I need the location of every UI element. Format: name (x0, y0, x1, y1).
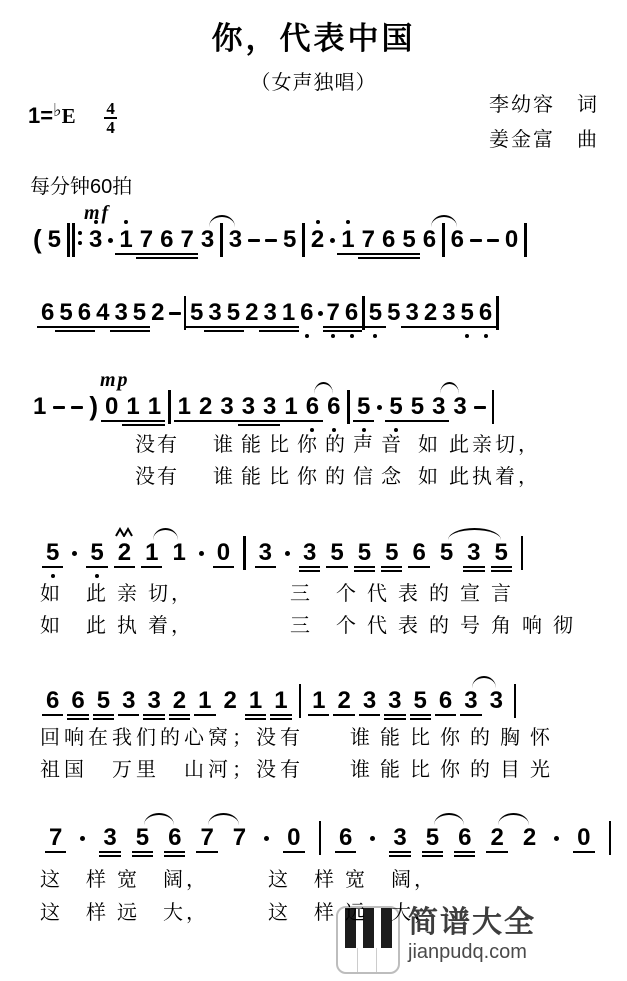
notation-line: 73567706356220 (48, 826, 611, 850)
slur-arc (144, 813, 174, 825)
duration-underline (491, 570, 512, 572)
lyrics-segment: 如 此执着， (418, 460, 541, 489)
duration-underline (42, 566, 63, 568)
duration-underline (99, 851, 120, 853)
duration-underline (132, 855, 153, 857)
duration-underline (385, 420, 406, 422)
note: 1 (311, 689, 326, 713)
duration-underline (410, 714, 431, 716)
duration-underline (129, 330, 150, 332)
duration-underline (93, 714, 114, 716)
note: 5 (386, 301, 401, 325)
duration-underline (259, 424, 280, 426)
duration-underline (213, 566, 234, 568)
lyrics-segment: 三 个 代 表 的 号 角 响 彻 (290, 609, 576, 638)
held-note-dash (487, 239, 499, 242)
duration-underline (384, 714, 405, 716)
duration-underline (278, 326, 299, 328)
duration-underline (283, 851, 304, 853)
duration-underline (422, 855, 443, 857)
slur-arc (448, 528, 501, 540)
time-numerator: 4 (106, 101, 115, 116)
barline (347, 390, 350, 424)
note: 2 (172, 689, 187, 713)
sheet-music-page: 你，代表中国 （女声独唱） 李幼容 词 姜金富 曲 1=♭E 4 4 每分钟60… (0, 0, 627, 981)
octave-dot-low (484, 334, 488, 338)
duration-underline (129, 326, 150, 328)
note: 3 (441, 301, 456, 325)
note: 5 (410, 395, 425, 419)
note: 5 (413, 689, 428, 713)
note: 5 (357, 541, 372, 565)
duration-underline (435, 714, 456, 716)
held-note-dash (470, 239, 482, 242)
note: 6 (305, 395, 320, 419)
duration-underline (299, 570, 320, 572)
duration-underline (341, 326, 362, 328)
note: 3 (431, 395, 446, 419)
note: 3 (466, 541, 481, 565)
augmentation-dot (554, 836, 559, 841)
note: 6 (478, 301, 493, 325)
duration-underline (169, 714, 190, 716)
duration-underline (156, 253, 177, 255)
note: 1 (273, 689, 288, 713)
note: 6 (299, 301, 314, 325)
held-note-dash (474, 406, 486, 409)
note: 2 (117, 541, 132, 565)
note: 6 (411, 541, 426, 565)
dynamic-mark: mp (100, 369, 130, 392)
slur-arc (208, 813, 239, 825)
lyrics-segment: 如 此亲切， (418, 428, 541, 457)
duration-underline (299, 566, 320, 568)
augmentation-dot (72, 551, 77, 556)
duration-underline (354, 566, 375, 568)
duration-underline (408, 566, 429, 568)
note: 3 (302, 541, 317, 565)
slur-arc (314, 382, 333, 394)
duration-underline (384, 718, 405, 720)
note: 6 (159, 228, 174, 252)
note: 1 (197, 689, 212, 713)
duration-underline (378, 253, 399, 255)
barline (168, 390, 171, 424)
duration-underline (45, 851, 66, 853)
augmentation-dot (370, 836, 375, 841)
dynamic-mark: mf (84, 202, 110, 225)
lyrics-segment: 谁能比你的目光 (350, 753, 560, 782)
lyrics-segment: 如 此 亲 切， (40, 577, 194, 606)
augmentation-dot (264, 836, 269, 841)
duration-underline (389, 851, 410, 853)
notation-line: 1)0111233316655533mp (32, 395, 494, 419)
duration-underline (101, 420, 122, 422)
duration-underline (422, 851, 443, 853)
note: 6 (450, 228, 465, 252)
duration-underline (143, 718, 164, 720)
duration-underline (410, 718, 431, 720)
duration-underline (99, 855, 120, 857)
duration-underline (389, 855, 410, 857)
note: 6 (344, 301, 359, 325)
augmentation-dot (285, 551, 290, 556)
duration-underline (136, 257, 157, 259)
note: 7 (199, 826, 214, 850)
note: 3 (262, 395, 277, 419)
duration-underline (358, 257, 379, 259)
note: 5 (368, 301, 383, 325)
note: 2 (423, 301, 438, 325)
duration-underline (42, 714, 63, 716)
barline (524, 223, 527, 257)
duration-underline (407, 420, 428, 422)
slur-arc (472, 676, 496, 688)
tempo-marking: 每分钟60拍 (30, 170, 132, 199)
slur-arc (153, 528, 178, 540)
note: 5 (282, 228, 297, 252)
note: 2 (244, 301, 259, 325)
note: 1 (32, 395, 47, 419)
note: 5 (494, 541, 509, 565)
duration-underline (460, 714, 481, 716)
parenthesis: ) (89, 394, 98, 418)
note: 2 (150, 301, 165, 325)
barline (362, 296, 365, 330)
barline (442, 223, 445, 257)
note: 1 (283, 395, 298, 419)
note: 2 (336, 689, 351, 713)
held-note-dash (265, 239, 277, 242)
note: 0 (104, 395, 119, 419)
duration-underline (216, 420, 237, 422)
held-note-dash (169, 312, 181, 315)
note: 4 (95, 301, 110, 325)
note: 3 (200, 228, 215, 252)
note: 5 (388, 395, 403, 419)
note: 6 (40, 301, 55, 325)
barline (496, 296, 499, 330)
duration-underline (491, 566, 512, 568)
augmentation-dot (330, 238, 335, 243)
octave-dot-high (124, 220, 128, 224)
mordent-icon (115, 527, 133, 537)
duration-underline (164, 851, 185, 853)
note: 2 (310, 228, 325, 252)
note: 5 (356, 395, 371, 419)
duration-underline (359, 714, 380, 716)
note: 2 (489, 826, 504, 850)
barline (302, 223, 305, 257)
note: 7 (139, 228, 154, 252)
duration-underline (223, 330, 244, 332)
composer-credit: 姜金富 曲 (489, 123, 599, 152)
duration-underline (136, 253, 157, 255)
barline (514, 684, 517, 718)
octave-dot-low (465, 334, 469, 338)
lyrics-segment: 三 个 代 表 的 宣 言 (290, 577, 514, 606)
duration-underline (194, 714, 215, 716)
lyrics-segment: 这 样 远 大， (268, 896, 437, 925)
held-note-dash (71, 406, 83, 409)
lyrics-segment: 谁能比你的胸怀 (350, 721, 560, 750)
note: 1 (144, 541, 159, 565)
duration-underline (333, 714, 354, 716)
barline (492, 390, 495, 424)
barline (299, 684, 302, 718)
note: 1 (177, 395, 192, 419)
note: 7 (232, 826, 247, 850)
note: 0 (504, 228, 519, 252)
notation-line: (53176733521765660mf (33, 228, 527, 252)
note: 7 (326, 301, 341, 325)
duration-underline (144, 424, 165, 426)
note: 0 (576, 826, 591, 850)
barline (319, 821, 322, 855)
note: 3 (489, 689, 504, 713)
repeat-sign (67, 228, 83, 252)
duration-underline (74, 330, 95, 332)
duration-underline (454, 851, 475, 853)
note: 1 (171, 541, 186, 565)
lyrics-segment: 这 样 宽 阔， (268, 863, 437, 892)
note: 3 (219, 395, 234, 419)
note: 5 (384, 541, 399, 565)
note: 1 (248, 689, 263, 713)
site-domain: jianpudq.com (408, 941, 536, 964)
duration-underline (245, 718, 266, 720)
note: 6 (422, 228, 437, 252)
duration-underline (255, 566, 276, 568)
note: 6 (70, 689, 85, 713)
duration-underline (341, 330, 362, 332)
duration-underline (259, 420, 280, 422)
note: 3 (452, 395, 467, 419)
note: 5 (189, 301, 204, 325)
note: 1 (147, 395, 162, 419)
notation-line: 65643525352316765532356 (40, 301, 499, 325)
lyrics-segment: 没有 (135, 428, 179, 457)
flat-icon: ♭ (53, 100, 62, 121)
augmentation-dot (80, 836, 85, 841)
duration-underline (335, 851, 356, 853)
duration-underline (302, 420, 323, 422)
duration-underline (143, 714, 164, 716)
duration-underline (381, 570, 402, 572)
note: 6 (438, 689, 453, 713)
duration-underline (238, 420, 259, 422)
note: 5 (226, 301, 241, 325)
duration-underline (573, 851, 594, 853)
note: 2 (522, 826, 537, 850)
note: 2 (198, 395, 213, 419)
duration-underline (337, 253, 358, 255)
lyricist-credit: 李幼容 词 (489, 88, 599, 117)
note: 6 (457, 826, 472, 850)
duration-underline (176, 257, 197, 259)
slur-arc (434, 813, 464, 825)
note: 7 (361, 228, 376, 252)
note: 5 (329, 541, 344, 565)
lyrics-segment: 谁能比你的声音 (213, 428, 409, 457)
time-signature: 4 4 (104, 101, 117, 135)
note: 6 (338, 826, 353, 850)
duration-underline (141, 566, 162, 568)
lyrics-segment: 没有 (135, 460, 179, 489)
note: 1 (340, 228, 355, 252)
barline (184, 296, 187, 330)
duration-underline (475, 326, 496, 328)
duration-underline (156, 257, 177, 259)
duration-underline (114, 566, 135, 568)
duration-underline (428, 420, 449, 422)
duration-underline (196, 851, 217, 853)
note: 3 (207, 301, 222, 325)
time-denominator: 4 (106, 120, 115, 135)
note: 2 (223, 689, 238, 713)
octave-dot-low (350, 334, 354, 338)
note: 3 (146, 689, 161, 713)
note: 3 (121, 689, 136, 713)
duration-underline (115, 253, 136, 255)
note: 1 (118, 228, 133, 252)
duration-underline (463, 566, 484, 568)
note: 3 (88, 228, 103, 252)
duration-underline (169, 718, 190, 720)
duration-underline (245, 714, 266, 716)
lyrics-segment: 如 此 执 着， (40, 609, 194, 638)
slur-arc (209, 215, 235, 227)
duration-underline (365, 326, 386, 328)
barline (609, 821, 612, 855)
note: 5 (47, 228, 62, 252)
duration-underline (122, 420, 143, 422)
note: 3 (241, 395, 256, 419)
slur-arc (440, 382, 459, 394)
held-note-dash (53, 406, 65, 409)
note: 0 (286, 826, 301, 850)
duration-underline (454, 855, 475, 857)
note: 3 (228, 228, 243, 252)
note: 3 (262, 301, 277, 325)
barline (220, 223, 223, 257)
duration-underline (164, 855, 185, 857)
note: 3 (102, 826, 117, 850)
lyrics-segment: 这 样 远 大， (40, 896, 209, 925)
note: 3 (387, 689, 402, 713)
augmentation-dot (108, 238, 113, 243)
note: 5 (96, 689, 111, 713)
augmentation-dot (377, 405, 382, 410)
note: 6 (77, 301, 92, 325)
held-note-dash (248, 239, 260, 242)
duration-underline (144, 420, 165, 422)
duration-underline (463, 570, 484, 572)
slur-arc (431, 215, 457, 227)
parenthesis: ( (33, 227, 42, 251)
note: 6 (381, 228, 396, 252)
note: 5 (460, 301, 475, 325)
octave-dot-low (331, 334, 335, 338)
note: 5 (58, 301, 73, 325)
duration-underline (278, 330, 299, 332)
note: 5 (401, 228, 416, 252)
note: 5 (45, 541, 60, 565)
notation-line: 665332121112335633 (45, 689, 516, 713)
note: 3 (404, 301, 419, 325)
duration-underline (353, 420, 374, 422)
note: 1 (281, 301, 296, 325)
note: 5 (425, 826, 440, 850)
duration-underline (118, 714, 139, 716)
note: 3 (113, 301, 128, 325)
duration-underline (270, 714, 291, 716)
lyrics-segment: 谁能比你的信念 (213, 460, 409, 489)
octave-dot-high (346, 220, 350, 224)
duration-underline (280, 420, 301, 422)
octave-dot-high (316, 220, 320, 224)
note: 5 (439, 541, 454, 565)
note: 1 (125, 395, 140, 419)
song-title: 你，代表中国 (0, 13, 627, 58)
key-letter: E (62, 104, 76, 128)
note: 7 (48, 826, 63, 850)
lyrics-segment: 祖国 万里 山河；没有 (40, 753, 304, 782)
note: 6 (326, 395, 341, 419)
duration-underline (174, 420, 195, 422)
note: 3 (258, 541, 273, 565)
note: 5 (132, 301, 147, 325)
note: 7 (179, 228, 194, 252)
barline (243, 536, 246, 570)
key-signature: 1=♭E 4 4 (28, 103, 117, 147)
duration-underline (358, 253, 379, 255)
duration-underline (354, 570, 375, 572)
duration-underline (381, 566, 402, 568)
note: 5 (89, 541, 104, 565)
octave-dot-low (373, 334, 377, 338)
note: 5 (135, 826, 150, 850)
duration-underline (132, 851, 153, 853)
barline (521, 536, 524, 570)
duration-underline (398, 253, 419, 255)
octave-dot-low (305, 334, 309, 338)
notation-line: 552110335556535 (45, 541, 523, 565)
duration-underline (238, 424, 259, 426)
duration-underline (195, 420, 216, 422)
key-prefix: 1= (28, 103, 53, 128)
note: 0 (216, 541, 231, 565)
duration-underline (122, 424, 143, 426)
lyrics-segment: 回响在我们的心窝；没有 (40, 721, 304, 750)
duration-underline (308, 714, 329, 716)
duration-underline (93, 718, 114, 720)
duration-underline (176, 253, 197, 255)
augmentation-dot (199, 551, 204, 556)
duration-underline (86, 566, 107, 568)
slur-arc (498, 813, 529, 825)
note: 3 (463, 689, 478, 713)
note: 3 (392, 826, 407, 850)
note: 6 (167, 826, 182, 850)
duration-underline (67, 714, 88, 716)
duration-underline (378, 257, 399, 259)
augmentation-dot (318, 311, 323, 316)
duration-underline (326, 566, 347, 568)
duration-underline (398, 257, 419, 259)
note: 6 (45, 689, 60, 713)
lyrics-segment: 这 样 宽 阔， (40, 863, 209, 892)
